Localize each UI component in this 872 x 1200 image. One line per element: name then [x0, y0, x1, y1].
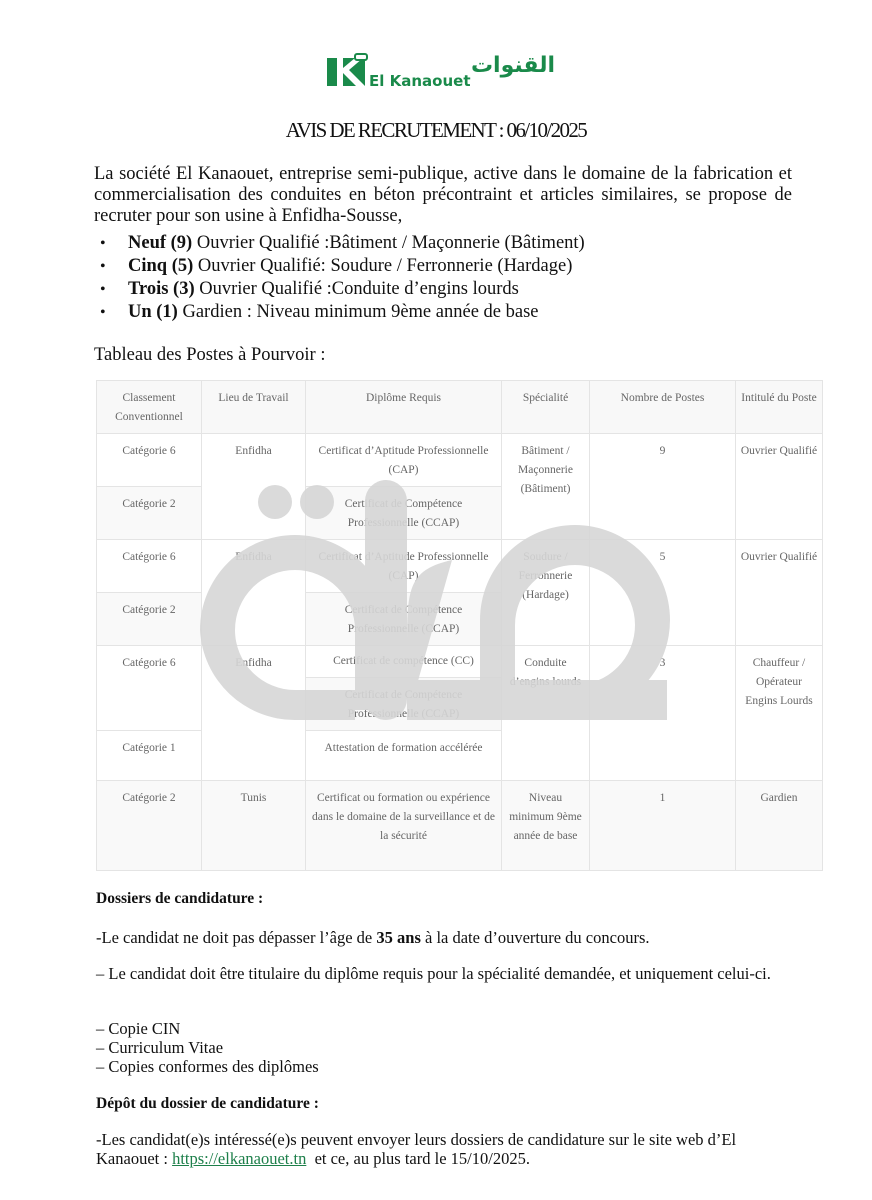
intitule-cell: Chauffeur / Opérateur Engins Lourds [736, 646, 823, 781]
table-row: Catégorie 6 Enfidha Certificat d’Aptitud… [97, 540, 823, 593]
column-header: Intitulé du Poste [736, 381, 823, 434]
specialite-cell: Soudure / Ferronnerie (Hardage) [502, 540, 590, 646]
el-kanaouet-logo-icon: القنوات El Kanaouet [327, 52, 559, 90]
diplome-cell: Attestation de formation accélérée [306, 731, 502, 781]
diplome-cell: Certificat ou formation ou expérience da… [306, 781, 502, 871]
diplome-cell: Certificat de Compétence Professionnelle… [306, 487, 502, 540]
list-item: Trois (3) Ouvrier Qualifié :Conduite d’e… [94, 278, 585, 301]
diplome-cell: Certificat d’Aptitude Professionnelle (C… [306, 540, 502, 593]
list-item: Un (1) Gardien : Niveau minimum 9ème ann… [94, 301, 585, 324]
age-requirement: -Le candidat ne doit pas dépasser l’âge … [96, 928, 796, 947]
svg-text:El Kanaouet: El Kanaouet [369, 72, 470, 90]
column-header: Nombre de Postes [590, 381, 736, 434]
table-row: Catégorie 2 Tunis Certificat ou formatio… [97, 781, 823, 871]
nombre-cell: 3 [590, 646, 736, 781]
website-link[interactable]: https://elkanaouet.tn [172, 1149, 306, 1168]
column-header: Diplôme Requis [306, 381, 502, 434]
list-item: – Copie CIN [96, 1019, 796, 1038]
documents-list: – Copie CIN – Curriculum Vitae – Copies … [96, 1019, 796, 1076]
positions-table: Classement Conventionnel Lieu de Travail… [96, 380, 823, 871]
depot-paragraph: -Les candidat(e)s intéressé(e)s peuvent … [96, 1130, 796, 1168]
classement-cell: Catégorie 6 [97, 540, 202, 593]
nombre-cell: 9 [590, 434, 736, 540]
column-header: Classement Conventionnel [97, 381, 202, 434]
positions-list: Neuf (9) Ouvrier Qualifié :Bâtiment / Ma… [94, 232, 585, 324]
column-header: Spécialité [502, 381, 590, 434]
classement-cell: Catégorie 1 [97, 731, 202, 781]
classement-cell: Catégorie 6 [97, 646, 202, 731]
intitule-cell: Gardien [736, 781, 823, 871]
column-header: Lieu de Travail [202, 381, 306, 434]
nombre-cell: 5 [590, 540, 736, 646]
classement-cell: Catégorie 2 [97, 487, 202, 540]
classement-cell: Catégorie 2 [97, 593, 202, 646]
list-item: Neuf (9) Ouvrier Qualifié :Bâtiment / Ma… [94, 232, 585, 255]
table-row: Catégorie 6 Enfidha Certificat d’Aptitud… [97, 434, 823, 487]
table-caption: Tableau des Postes à Pourvoir : [94, 345, 325, 366]
lieu-cell: Tunis [202, 781, 306, 871]
dossiers-heading: Dossiers de candidature : [96, 890, 263, 908]
specialite-cell: Niveau minimum 9ème année de base [502, 781, 590, 871]
lieu-cell: Enfidha [202, 540, 306, 646]
diplome-cell: Certificat de compétence (CC) [306, 646, 502, 678]
classement-cell: Catégorie 6 [97, 434, 202, 487]
intitule-cell: Ouvrier Qualifié [736, 434, 823, 540]
table-row: Catégorie 6 Enfidha Certificat de compét… [97, 646, 823, 678]
specialite-cell: Bâtiment / Maçonnerie (Bâtiment) [502, 434, 590, 540]
intitule-cell: Ouvrier Qualifié [736, 540, 823, 646]
page-title: AVIS DE RECRUTEMENT : 06/10/2025 [0, 118, 872, 143]
svg-text:القنوات: القنوات [471, 53, 555, 78]
classement-cell: Catégorie 2 [97, 781, 202, 871]
diplome-cell: Certificat de Compétence Professionnelle… [306, 593, 502, 646]
list-item: Cinq (5) Ouvrier Qualifié: Soudure / Fer… [94, 255, 585, 278]
diplome-cell: Certificat de Compétence Professionnelle… [306, 678, 502, 731]
list-item: – Copies conformes des diplômes [96, 1057, 796, 1076]
intro-paragraph: La société El Kanaouet, entreprise semi-… [94, 164, 792, 227]
diplome-cell: Certificat d’Aptitude Professionnelle (C… [306, 434, 502, 487]
diploma-requirement: – Le candidat doit être titulaire du dip… [96, 964, 796, 983]
depot-heading: Dépôt du dossier de candidature : [96, 1095, 319, 1113]
specialite-cell: Conduite d’engins lourds [502, 646, 590, 781]
lieu-cell: Enfidha [202, 646, 306, 781]
lieu-cell: Enfidha [202, 434, 306, 540]
company-logo: القنوات El Kanaouet [327, 52, 559, 90]
list-item: – Curriculum Vitae [96, 1038, 796, 1057]
table-header-row: Classement Conventionnel Lieu de Travail… [97, 381, 823, 434]
nombre-cell: 1 [590, 781, 736, 871]
